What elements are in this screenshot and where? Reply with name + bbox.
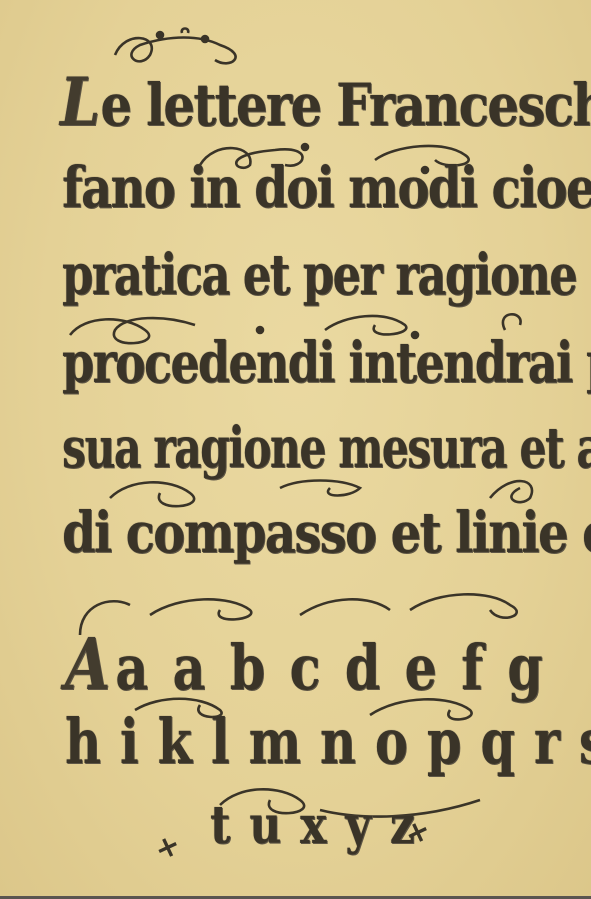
text-line-5: sua ragione mesura et arte [62, 415, 511, 481]
decorated-initial-alphabet: A [65, 622, 114, 706]
decorated-initial: L [60, 62, 99, 141]
manuscript-page: Le lettere Francesche si fano in doi mod… [0, 0, 591, 896]
text-line-2: fano in doi modi cioe per [62, 155, 570, 221]
text-line-6: di compasso et linie et c. [62, 500, 570, 566]
text-line-1: Le lettere Francesche si [60, 62, 568, 141]
end-mark-left: + [149, 826, 187, 868]
text-line-3: pratica et per ragione cove [62, 242, 535, 308]
alphabet-line-1: Aa a b c d e f g [65, 622, 550, 706]
text-line-4: procedendi intendrai p la [62, 330, 547, 396]
alphabet-line-2: h i k l m n o p q r s [65, 705, 538, 778]
